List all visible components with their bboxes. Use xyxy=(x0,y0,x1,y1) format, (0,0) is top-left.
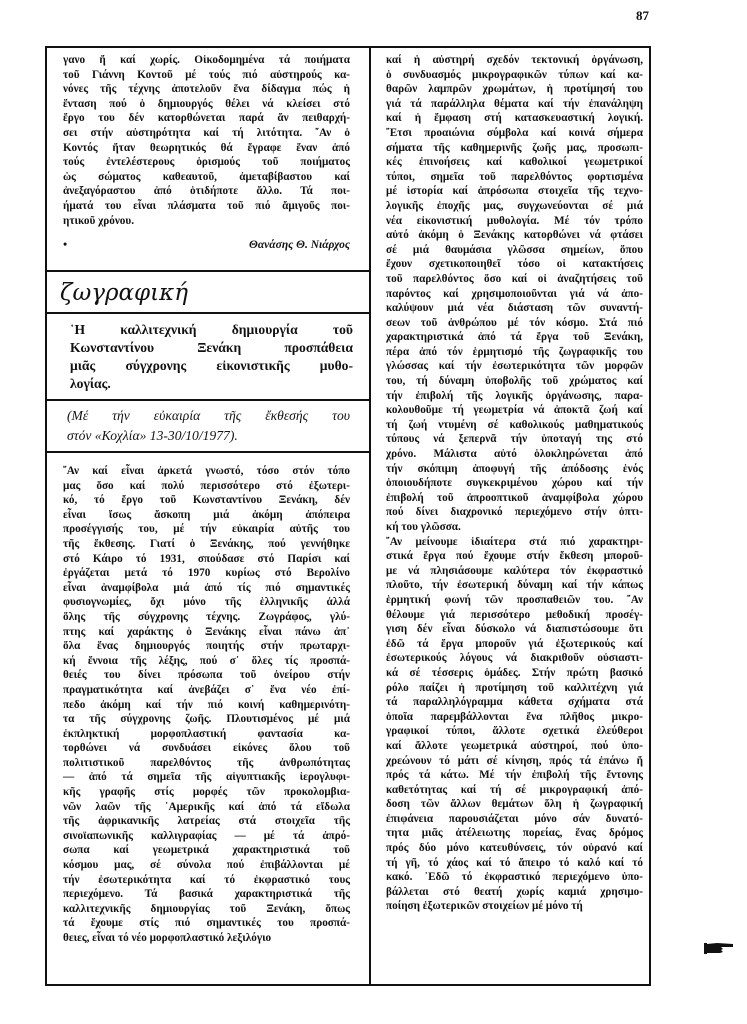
text-line: λογικῆς ἐποχῆς μας, συγχωνεύονται σέ μιά xyxy=(386,199,643,214)
text-line: ἔχουν σχετικοποιηθεῖ τόσο οἱ κατακτήσεις xyxy=(386,257,643,272)
text-line: ἐκπληκτική μορφοπλαστική φαντασία κα- xyxy=(63,727,350,742)
text-line: τα τῆς σύγχρονης ζωῆς. Πλουτισμένος μέ μ… xyxy=(63,712,350,727)
text-line: τήν ἐσωτερικότητα καί τό ἐκφραστικό τους xyxy=(63,873,350,888)
text-line: τῆς ἔκθεσης. Γιατί ὁ Ξενάκης, πού γεννήθ… xyxy=(63,537,350,552)
text-line: χαρακτηριστικά ἀπό τά ἔργα τοῦ Ξενάκη, xyxy=(386,330,643,345)
text-line: θέλουμε γιά περισσότερο μεθοδική προσέγ- xyxy=(386,608,643,623)
text-line: στόν «Κοχλία» 13-30/10/1977). xyxy=(67,426,350,446)
text-line: νῶν λαῶν τῆς ᾿Αμερικῆς καί ἀπό τά εἴδωλα xyxy=(63,800,350,815)
text-line: πραγματικότητα καί ἀνεβάζει σ᾿ ἕνα νέο ἐ… xyxy=(63,683,350,698)
text-line: ῎Αν μείνουμε ἰδιαίτερα στά πιό χαρακτηρι… xyxy=(386,535,643,550)
text-line: λογίας. xyxy=(70,375,353,393)
article-headline: ῾Η καλλιτεχνική δημιουργία τοῦΚωνσταντίν… xyxy=(70,321,353,393)
text-line: ῾Η καλλιτεχνική δημιουργία τοῦ xyxy=(70,321,353,339)
text-line: τοῦ παρελθόντος ὅσο καί οἱ ἀναζητήσεις τ… xyxy=(386,272,643,287)
text-line: πλοῦτο, τήν ἐσωτερική δύναμη καί τήν κάπ… xyxy=(386,578,643,593)
text-line: γανο ἤ καί χωρίς. Οἰκοδομημένα τά ποιήμα… xyxy=(63,53,350,68)
text-line: ἀνεξαγόραστου ἀπό ὁτιδήποτε ἄλλο. Τά ποι… xyxy=(63,184,350,199)
text-line: μιᾶς σύγχρονης εἰκονιστικῆς μυθο- xyxy=(70,357,353,375)
text-line: καί ἡ αὐστηρή σχεδόν τεκτονική ὀργάνωση, xyxy=(386,53,643,68)
bullet-mark: • xyxy=(63,239,67,251)
text-line: ὡς σώματος καθεαυτοῦ, ἀμεταβίβαστου καί xyxy=(63,170,350,185)
text-line: (Μέ τήν εὐκαιρία τῆς ἔκθεσής του xyxy=(67,406,350,426)
text-line: ἐργάζεται μετά τό 1970 κυρίως στό Βερολί… xyxy=(63,566,350,581)
text-line: Κωνσταντίνου Ξενάκη προσπάθεια xyxy=(70,339,353,357)
text-line: περιεχόμενο. Τά βασικά χαρακτηριστικά τῆ… xyxy=(63,887,350,902)
text-line: γλώσσας καί τήν ἐσωτερικότητα τῶν μορφῶν xyxy=(386,359,643,374)
text-line: πτης καί χαράκτης ὁ Ξενάκης εἶναι πάνω ἀ… xyxy=(63,625,350,640)
text-line: εἶναι ἀναμφίβολα μιά ἀπό τίς πιό σημαντι… xyxy=(63,581,350,596)
text-line: σέ μιά θαυμάσια γλῶσσα σημείων, ὅπου xyxy=(386,243,643,258)
text-line: καί ἡ ἔμφαση στή κατασκευαστική λογική. xyxy=(386,111,643,126)
poetry-review-ending: γανο ἤ καί χωρίς. Οἰκοδομημένα τά ποιήμα… xyxy=(63,53,350,228)
text-line: προσέγγισής του, μέ τήν εὐκαιρία αὐτῆς τ… xyxy=(63,522,350,537)
text-line: αὐτό ἀκόμη ὁ Ξενάκης κατορθώνει νά φτάσε… xyxy=(386,228,643,243)
text-line: σωπα καί γεωμετρικά χαρακτηριστικά τοῦ xyxy=(63,843,350,858)
divider-headline xyxy=(45,399,370,401)
divider-section-title xyxy=(45,312,370,314)
text-line: κές ἐπινοήσεις καί καθολικοί γεωμετρικοί xyxy=(386,155,643,170)
text-line: μας ὅσο καί πολύ περισσότερο στό ἐξωτερι… xyxy=(63,479,350,494)
text-line: καλλιτεχνικῆς δημιουργίας τοῦ Ξενάκη, ὅπ… xyxy=(63,902,350,917)
page-number: 87 xyxy=(636,8,649,24)
text-line: τύποι, σημεῖα τοῦ παρελθόντος φορτισμένα xyxy=(386,170,643,185)
text-line: τήν σκόπιμη ἀποφυγή τῆς ἀπόδοσης ἑνός xyxy=(386,462,643,477)
text-line: του, τή δύναμη ὑποβολῆς τοῦ χρώματος καί xyxy=(386,374,643,389)
text-line: ἐπιβολή τοῦ ἀπροοπτικοῦ ἀναμφίβολα χώρου xyxy=(386,491,643,506)
section-title: ζωγραφική xyxy=(60,280,188,306)
text-line: ήματά του εἶναι πλάσματα τοῦ πιό ἄμιγοῦς… xyxy=(63,199,350,214)
author-name: Θανάσης Θ. Νιάρχος xyxy=(249,239,350,251)
text-line: πολιτιστικοῦ παρελθόντος τῆς ἀνθρωπότητα… xyxy=(63,756,350,771)
text-line: ἑρμητική φωνή τῶν προσπαθειῶν του. ῎Αν xyxy=(386,593,643,608)
article-body-right: καί ἡ αὐστηρή σχεδόν τεκτονική ὀργάνωση,… xyxy=(386,53,643,914)
text-line: κολουθοῦμε τή γεωμετρία νά ἀποκτᾶ ζωή κα… xyxy=(386,403,643,418)
text-line: τητα μιᾶς ἀτέλειωτης πορείας, ἕνας δρόμο… xyxy=(386,826,643,841)
text-line: πεδο ἀκόμη καί τήν πιό κοινή καθημερινότ… xyxy=(63,698,350,713)
text-line: νόνες τῆς τέχνης ἀποτελοῦν ἕνα δίδαγμα π… xyxy=(63,82,350,97)
text-line: κόσμου μας, σέ σύνολα πού ἐπιβάλλονται μ… xyxy=(63,858,350,873)
pointing-hand-icon xyxy=(703,940,735,956)
text-line: — ἀπό τά σημεῖα τῆς αἰγυπτιακῆς ἱερογλυφ… xyxy=(63,770,350,785)
text-line: καί ἄλλοτε γεωμετρικά αὐστηροί, πού ὑπο- xyxy=(386,739,643,754)
text-line: γραφικοί τύποι, ἄλλοτε σχετικά ἐλεύθεροι xyxy=(386,724,643,739)
text-line: ἐδῶ τά ἔργα μποροῦν γιά ἐξωτερικούς καί xyxy=(386,637,643,652)
text-line: νέα εἰκονιστική μυθολογία. Μέ τόν τρόπο xyxy=(386,214,643,229)
text-line: ὁ συνδυασμός μικρογραφικῶν τύπων καί κα- xyxy=(386,68,643,83)
text-line: ὅλης τῆς σύγχρονης τέχνης. Ζωγράφος, γλύ… xyxy=(63,610,350,625)
text-line: ῎Ετσι προαιώνια σύμβολα καί κοινά σήμερα xyxy=(386,126,643,141)
text-line: στικά ἔργα πού ἔχουμε στήν ἔκθεση μποροῦ… xyxy=(386,549,643,564)
text-line: ητικοῦ χρόνου. xyxy=(63,214,350,229)
text-line: τή ζωή ντυμένη σέ καθολικούς μαθηματικού… xyxy=(386,418,643,433)
article-body-left: ῎Αν καί εἶναι ἀρκετά γνωστό, τόσο στόν τ… xyxy=(63,464,350,946)
text-line: ἐπιφάνεια παρουσιάζεται μόνο σάν δυνατό- xyxy=(386,812,643,827)
text-line: παρόντος καί χρησιμοποιοῦνται γιά νά ἀπο… xyxy=(386,287,643,302)
article-subtitle: (Μέ τήν εὐκαιρία τῆς ἔκθεσής τουστόν «Κο… xyxy=(67,406,350,446)
text-line: χρεώνουν τό μάτι σέ κίνηση, πρός τά ἐπάν… xyxy=(386,754,643,769)
text-line: κῆς γραφῆς στίς μορφές τῶν προκολομβια- xyxy=(63,785,350,800)
text-line: γιση δέν εἶναι δύσκολο νά διαπιστώσουμε … xyxy=(386,622,643,637)
text-line: πρός τά κάτω. Μέ τήν ἐπιβολή τῆς ἔντονης xyxy=(386,768,643,783)
text-line: κά σέ τέσσερις ὁμάδες. Στήν πρώτη βασικό xyxy=(386,666,643,681)
text-line: πέρα ἀπό τόν ἑρμητισμό τῆς ζωγραφικῆς το… xyxy=(386,345,643,360)
text-line: ὁποῖα παρεμβάλλονται ἕνα πλῆθος μικρο- xyxy=(386,710,643,725)
text-line: κακό. ᾿Εδῶ τό ἐκφραστικό περιεχόμενο ὑπο… xyxy=(386,870,643,885)
text-line: εἶναι ἴσως ἄσκοπη μιά ἀκόμη ἀπόπειρα xyxy=(63,508,350,523)
text-line: δοση τῶν ἄλλων θεμάτων ὅλη ἡ ζωγραφική xyxy=(386,797,643,812)
text-line: ὅλα ἕνας δημιουργός ποιητής στήν πρωταρχ… xyxy=(63,639,350,654)
text-line: ῎Αν καί εἶναι ἀρκετά γνωστό, τόσο στόν τ… xyxy=(63,464,350,479)
text-line: κή του γλῶσσα. xyxy=(386,520,643,535)
text-line: καλύψουν μιά νέα διάσταση τῶν συναντή- xyxy=(386,301,643,316)
text-line: τορθώνει νά συνδυάσει εἰκόνες ὅλου τοῦ xyxy=(63,741,350,756)
text-line: κό, τό ἔργο τοῦ Κωνσταντίνου Ξενάκη, δέν xyxy=(63,493,350,508)
text-line: θειές του δίνει πρόσωπα τοῦ ὀνείρου στήν xyxy=(63,668,350,683)
text-line: γιά τά παράλληλα θέματα καί τήν ἐπανάληψ… xyxy=(386,97,643,112)
text-line: ἔργο του δέν κατορθώνεται παρά ἄν πειθαρ… xyxy=(63,111,350,126)
text-line: τή γῆ, τό χάος καί τό ἄπειρο τό καλό καί… xyxy=(386,856,643,871)
text-line: σήματα τῆς καθημερινῆς ζωῆς μας, προσωπι… xyxy=(386,141,643,156)
text-line: στό Κάιρο τό 1931, σπούδασε στό Παρίσι κ… xyxy=(63,552,350,567)
text-line: ἐσωτερικούς λόγους νά διακριθοῦν οὐσιαστ… xyxy=(386,651,643,666)
text-line: τῆς ἀφρικανικῆς λατρείας στά στοιχεῖα τῆ… xyxy=(63,814,350,829)
text-line: κή ἔννοια τῆς λέξης, πού σ᾿ ὅλες τίς προ… xyxy=(63,654,350,669)
text-line: χρόνο. Μάλιστα αὐτό ὁλοκληρώνεται ἀπό xyxy=(386,447,643,462)
text-line: θειες, εἶναι τό νέο μορφοπλαστικό λεξιλό… xyxy=(63,931,350,946)
text-line: τήν ἐπιβολή τῆς λογικῆς ὀργάνωσης, παρα- xyxy=(386,389,643,404)
text-line: ποίηση ἐξωτερικῶν στοιχείων μέ μόνο τή xyxy=(386,899,643,914)
text-line: τούς ἐντελέστερους ὁρισμούς τοῦ ποιήματο… xyxy=(63,155,350,170)
text-line: τοῦ Γιάννη Κοντοῦ μέ τούς πιό αὐστηρούς … xyxy=(63,68,350,83)
text-line: ρόλο παίζει ἡ προτίμηση τοῦ καλλιτέχνη γ… xyxy=(386,681,643,696)
text-line: ὁποιουδήποτε συγκεκριμένου χώρου καί τήν xyxy=(386,476,643,491)
text-line: με νά πλησιάσουμε καλύτερα τόν ἐκφραστικ… xyxy=(386,564,643,579)
text-line: τά ἔχουμε στίς πιό σημαντικές του προσπά… xyxy=(63,916,350,931)
divider-poetry-end xyxy=(45,270,370,272)
column-divider xyxy=(369,46,371,986)
text-line: φυσιογνωμίες, ὄχι μόνο τῆς ἑλληνικῆς ἀλλ… xyxy=(63,595,350,610)
text-line: σεων τοῦ ἀνθρώπου μέ τόν κόσμο. Στά πιό xyxy=(386,316,643,331)
text-line: τά παραλληλόγραμμα κάθετα σχήματα στά xyxy=(386,695,643,710)
text-line: πού δίνει διαχρονικό περιεχόμενο στήν ὀπ… xyxy=(386,505,643,520)
text-line: θαρῶν λαμπρῶν χρωμάτων, ἡ προτίμησή του xyxy=(386,82,643,97)
divider-subtitle xyxy=(45,451,370,453)
text-line: πρός δύο μόνο κατευθύνσεις, τόν οὐρανό κ… xyxy=(386,841,643,856)
text-line: μέ ἱστορία καί ἀπρόσωπα στοιχεῖα τῆς τεχ… xyxy=(386,184,643,199)
text-line: καθετότητας καί τή σέ μικρογραφική ἀπό- xyxy=(386,783,643,798)
text-line: ἕνταση πού ὁ δημιουργός θέλει νά κλείσει… xyxy=(63,97,350,112)
text-line: Κοντός ἤταν θεωρητικός θά ἔγραφε ἕναν ἀπ… xyxy=(63,141,350,156)
text-line: σει στήν αὐστηρότητα καί τή λιτότητα. ῎Α… xyxy=(63,126,350,141)
text-line: σινοϊαπωνικῆς καλλιγραφίας — μέ τά ἀπρό- xyxy=(63,829,350,844)
text-line: βάλλεται στό θεατή χωρίς καμιά χρησιμο- xyxy=(386,885,643,900)
text-line: τύπους νά ξεπερνᾶ τήν ὑποταγή της στό xyxy=(386,432,643,447)
